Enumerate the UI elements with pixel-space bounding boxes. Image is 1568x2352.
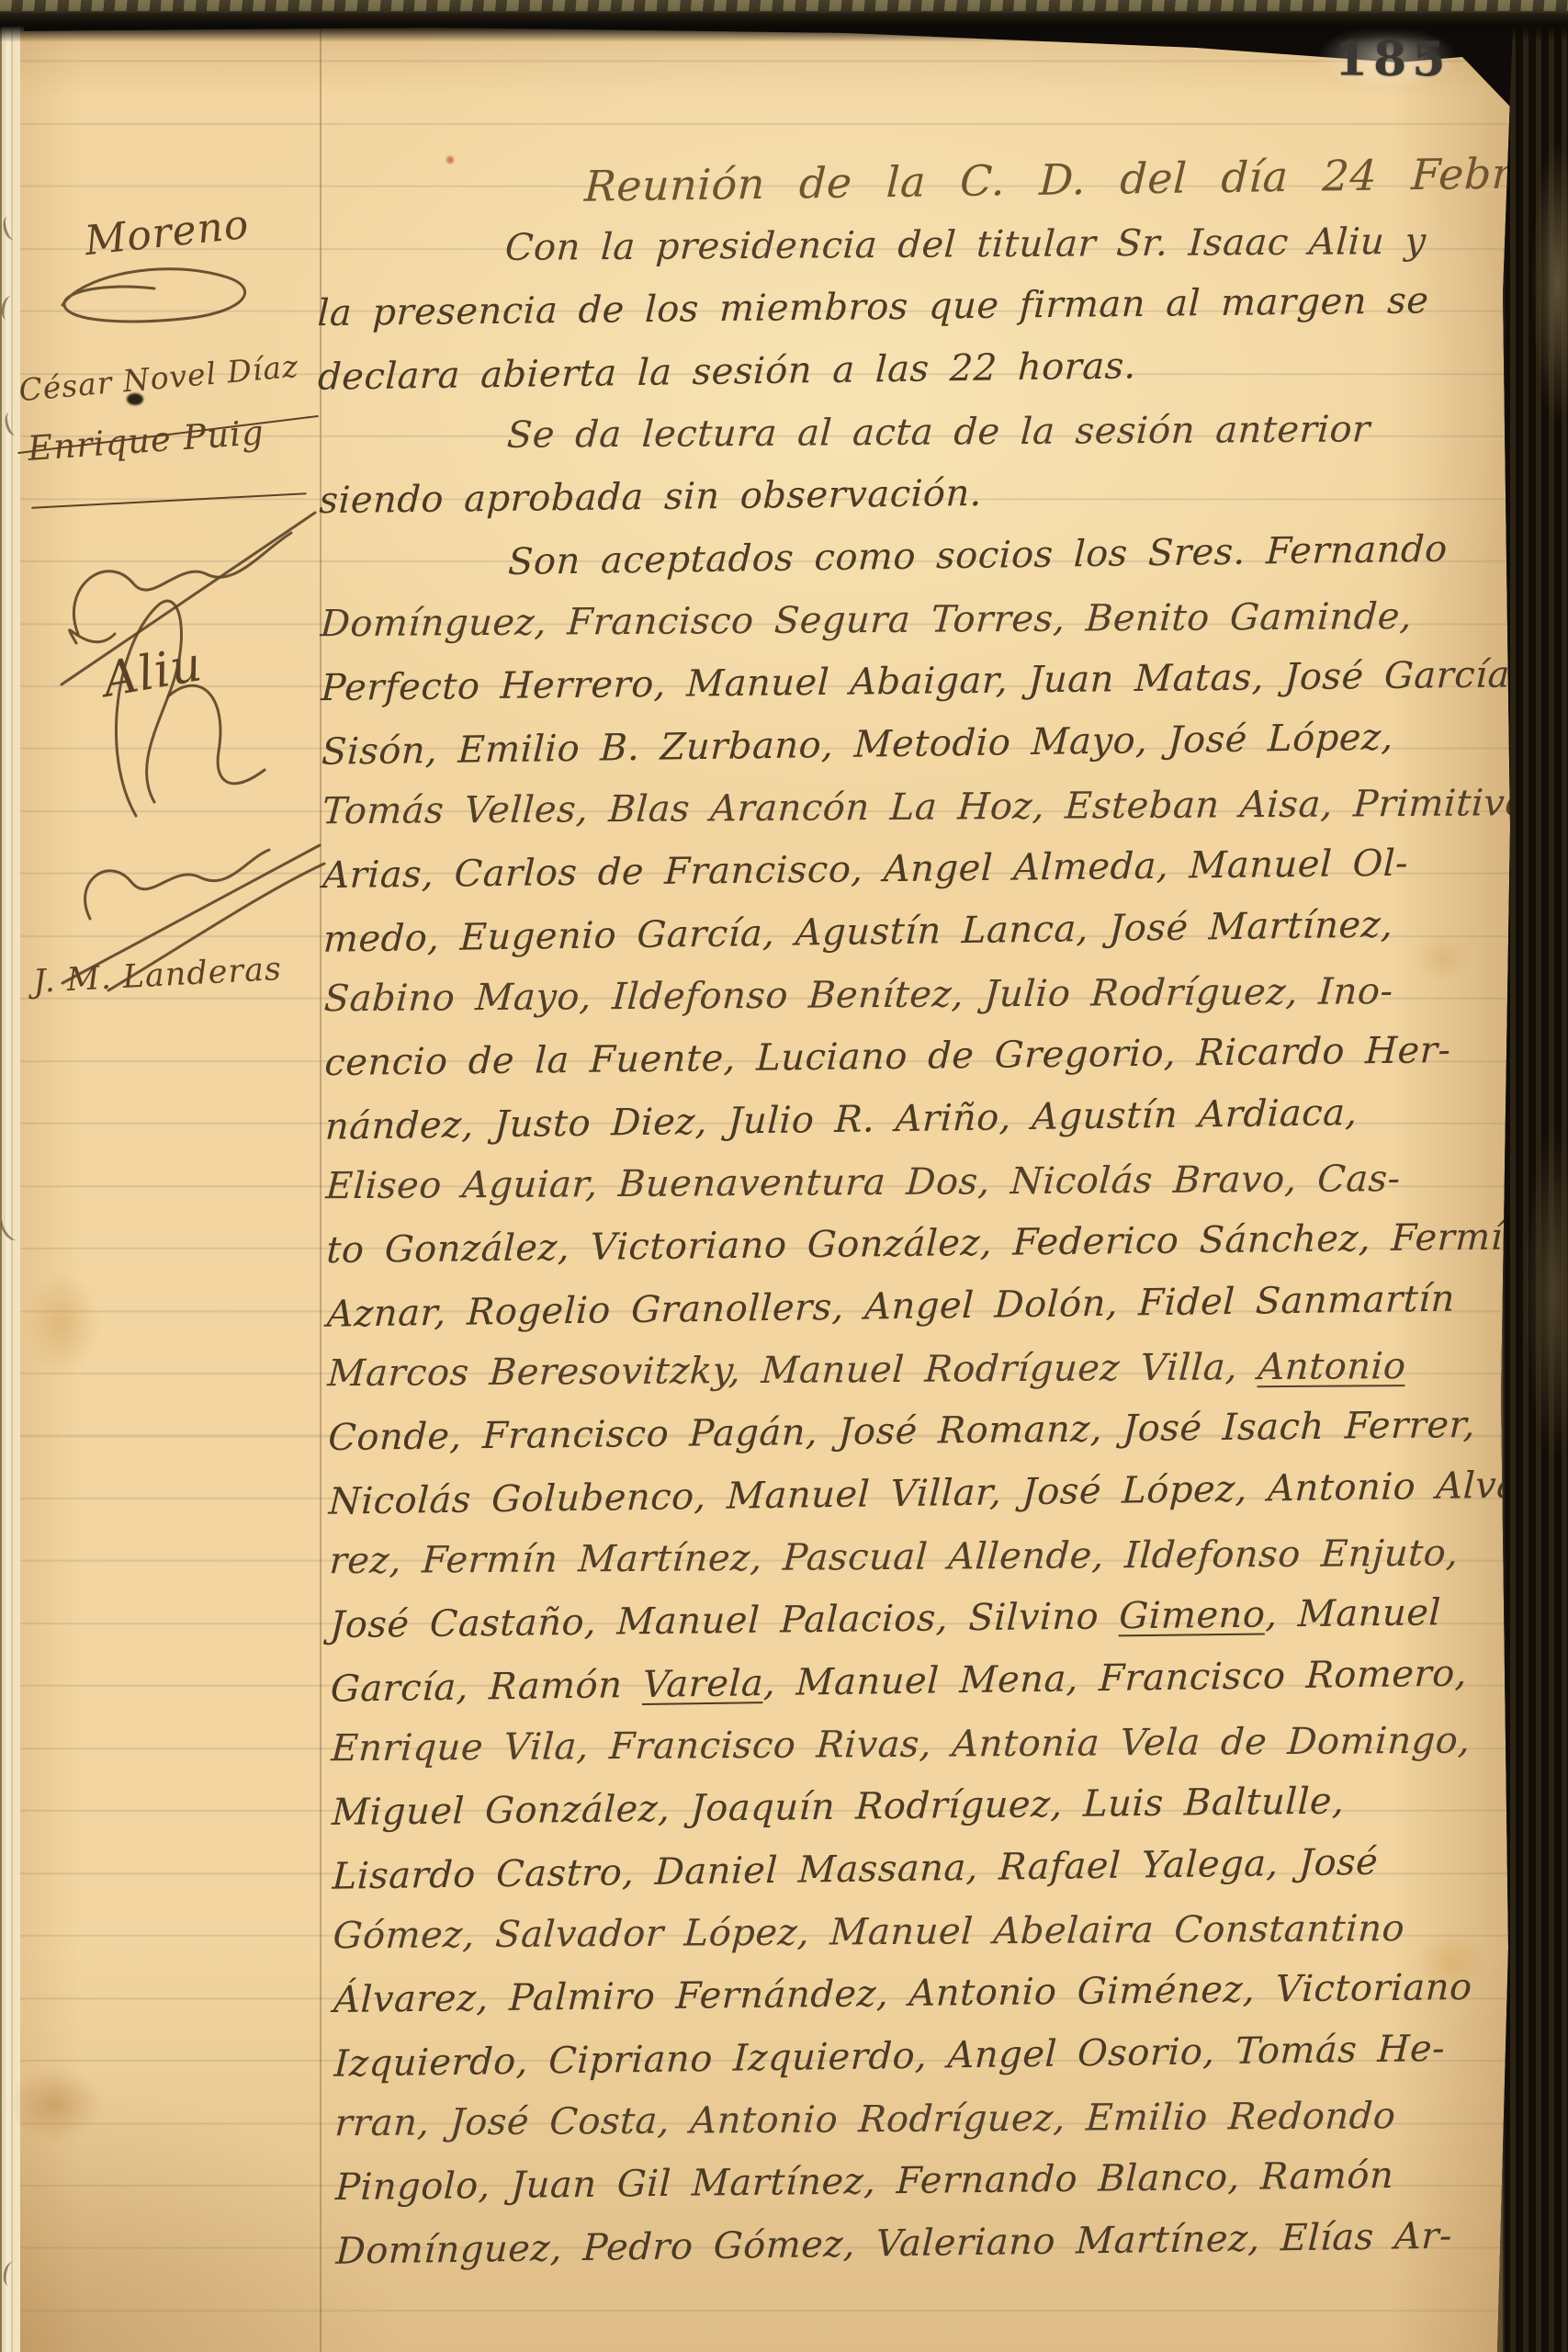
- book-binding-right: [1497, 0, 1568, 2352]
- signature-moreno: Moreno: [83, 201, 252, 265]
- signature-flourish: [53, 265, 265, 338]
- heading-line: Reunión de la C. D. del día 24 Febrero 1…: [315, 142, 1503, 221]
- underlined-word: Varela: [642, 1662, 764, 1706]
- signature-flourish: [81, 586, 283, 825]
- scan-canvas: 185 Moreno César Novel Díaz Enrique Puig…: [0, 0, 1568, 2352]
- underlined-word: Gimeno: [1119, 1593, 1267, 1637]
- manuscript-text: Reunión de la C. D. del día 24 Febrero 1…: [316, 145, 1521, 2280]
- book-binding-top: [0, 0, 1568, 42]
- signature-cesar-novel-diaz: César Novel Díaz: [17, 348, 300, 408]
- underlined-word: Antonio: [1257, 1345, 1406, 1388]
- signature-enrique-puig: Enrique Puig: [27, 413, 265, 469]
